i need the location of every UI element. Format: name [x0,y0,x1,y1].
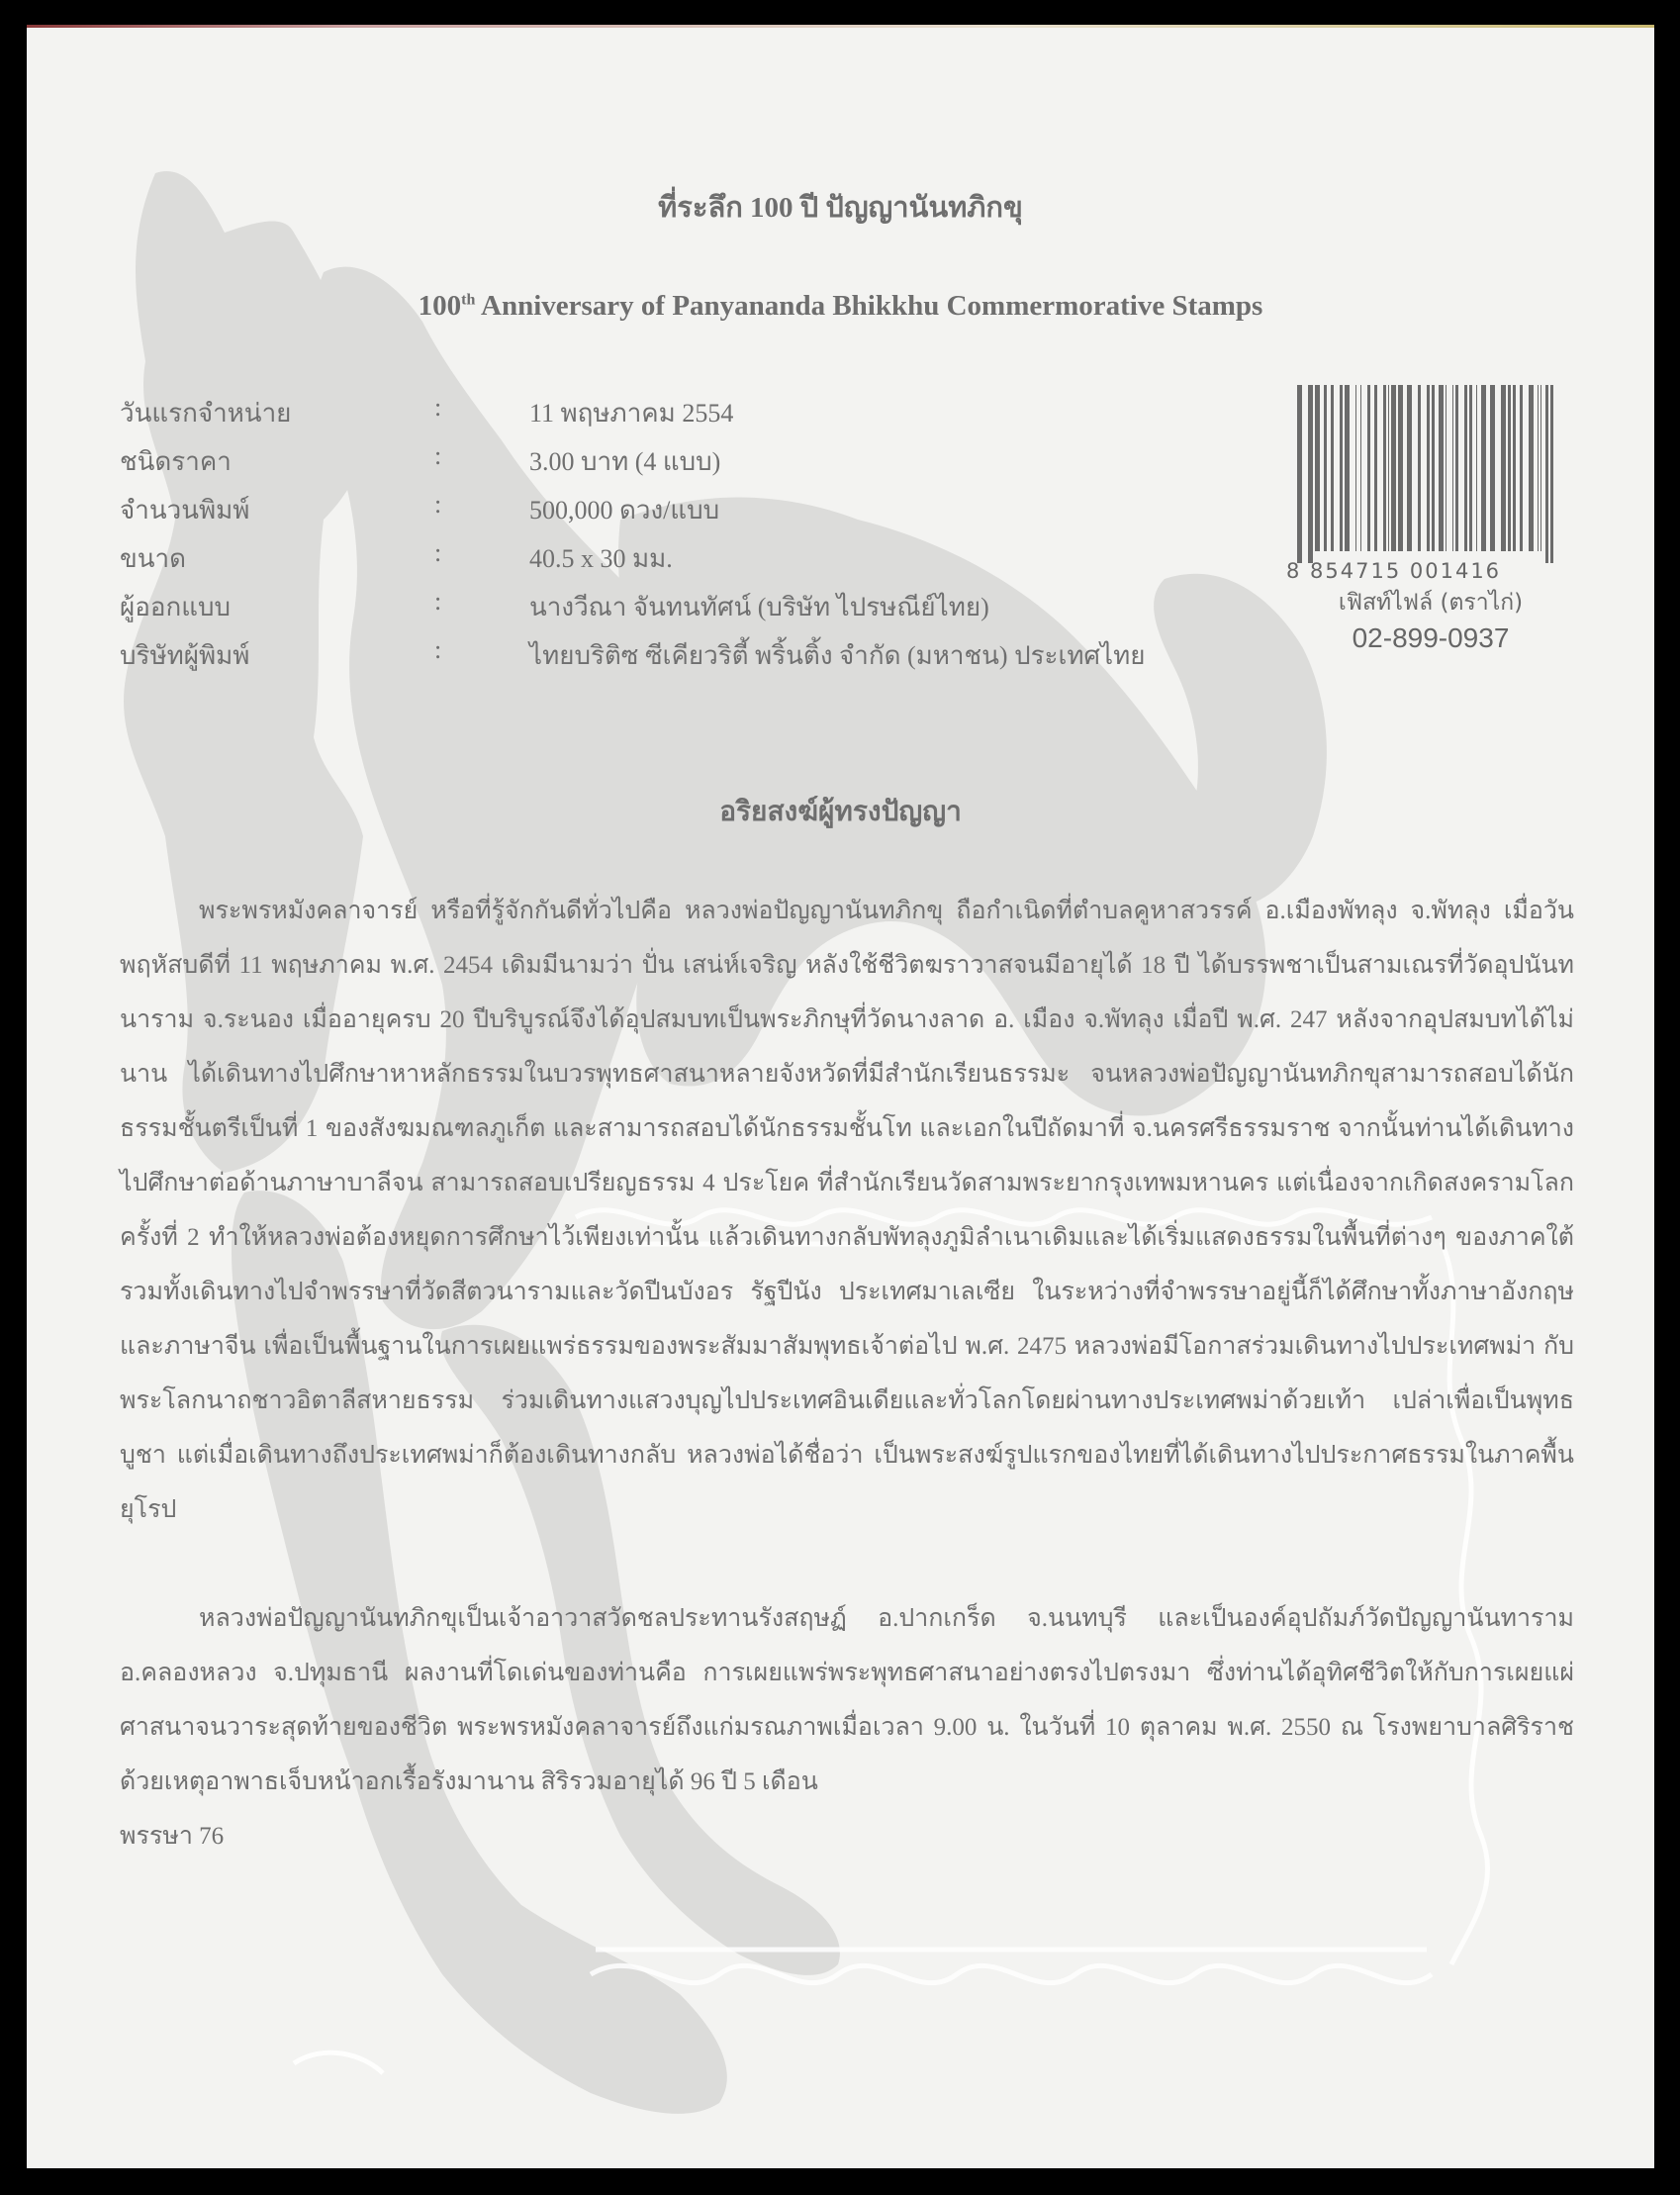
detail-value: 40.5 x 30 มม. [529,538,673,579]
barcode-icon [1297,385,1556,563]
detail-colon: : [434,441,441,471]
detail-value: 3.00 บาท (4 แบบ) [529,441,720,482]
section-heading: อริยสงฆ์ผู้ทรงปัญญา [27,790,1654,833]
closing-line: พรรษา 76 [120,1809,1574,1863]
paragraph: พระพรหมังคลาจารย์ หรือที่รู้จักกันดีทั่ว… [120,884,1574,1537]
barcode-label: 8 854715 001416 เฟิสท์ไฟล์ (ตราไก่) 02-8… [1283,385,1550,654]
detail-label: ชนิดราคา [120,441,232,482]
barcode-digits: 8 854715 001416 [1286,559,1550,583]
title-number: 100 [419,290,462,322]
detail-value: 500,000 ดวง/แบบ [529,490,719,530]
detail-colon: : [434,587,441,617]
detail-colon: : [434,490,441,520]
detail-colon: : [434,393,441,423]
detail-colon: : [434,538,441,568]
detail-value: ไทยบริติซ ซีเคียวริตี้ พริ้นติ้ง จำกัด (… [529,635,1146,676]
page-title-thai: ที่ระลึก 100 ปี ปัญญานันทภิกขุ [27,184,1654,230]
barcode-brand: เฟิสท์ไฟล์ (ตราไก่) [1301,585,1560,620]
biography-text: พระพรหมังคลาจารย์ หรือที่รู้จักกันดีทั่ว… [120,884,1574,1863]
title-text: Anniversary of Panyananda Bhikkhu Commer… [475,290,1262,322]
detail-label: วันแรกจำหน่าย [120,393,291,433]
detail-label: จำนวนพิมพ์ [120,490,249,530]
page-title-english: 100th Anniversary of Panyananda Bhikkhu … [27,290,1654,323]
paragraph: หลวงพ่อปัญญานันทภิกขุเป็นเจ้าอาวาสวัดชลป… [120,1591,1574,1809]
detail-label: ผู้ออกแบบ [120,587,231,627]
detail-label: บริษัทผู้พิมพ์ [120,635,249,676]
detail-value: นางวีณา จันทนทัศน์ (บริษัท ไปรษณีย์ไทย) [529,587,989,627]
detail-value: 11 พฤษภาคม 2554 [529,393,733,433]
stamp-info-sheet: ที่ระลึก 100 ปี ปัญญานันทภิกขุ 100th Ann… [27,25,1654,2168]
barcode-phone: 02-899-0937 [1301,622,1560,654]
title-ordinal: th [461,291,475,308]
detail-label: ขนาด [120,538,186,579]
detail-colon: : [434,635,441,665]
